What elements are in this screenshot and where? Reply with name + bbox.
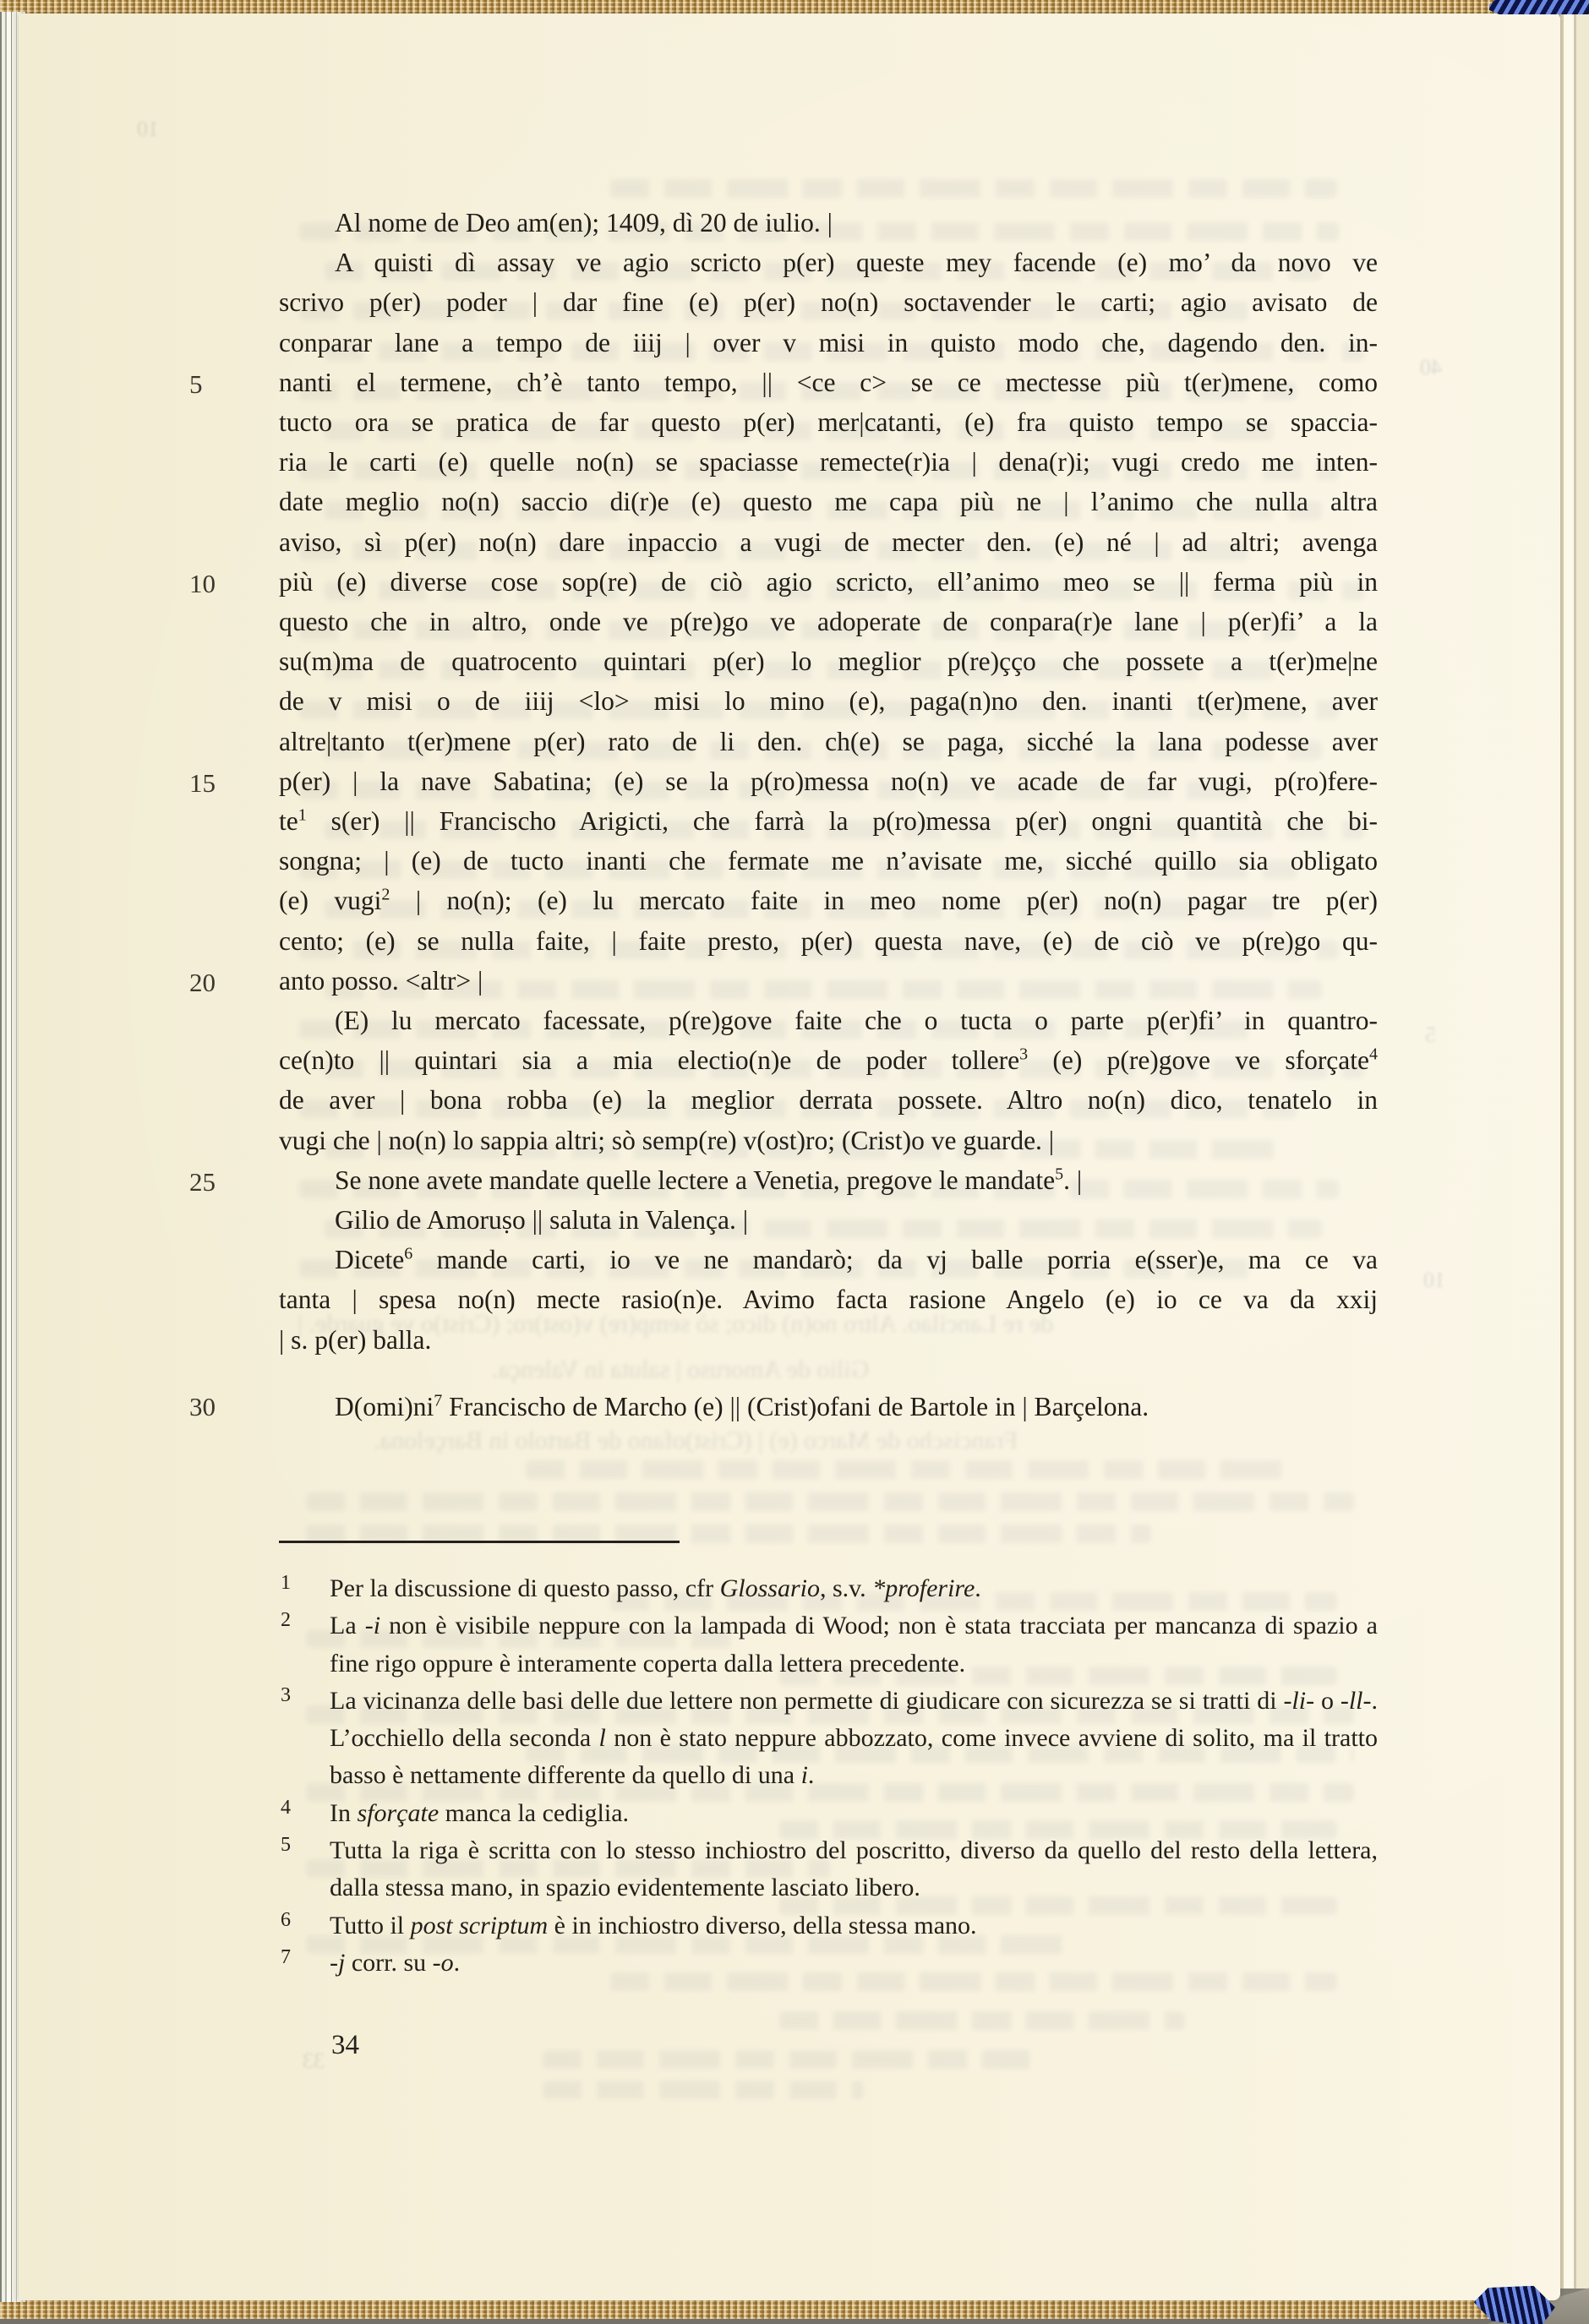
footnote: 4In sforçate manca la cediglia. xyxy=(279,1795,1378,1832)
bleed-through-band xyxy=(306,1492,1354,1511)
footnote: 5Tutta la riga è scritta con lo stesso i… xyxy=(279,1832,1378,1907)
book-photo: { "book": { "page_number": "34" }, "marg… xyxy=(0,0,1589,2324)
bleed-through-band xyxy=(543,2081,864,2099)
footnote-number: 3 xyxy=(281,1677,291,1714)
letter-line: tucto ora se pratica de far questo p(er)… xyxy=(279,402,1378,442)
letter-line: te1 s(er) || Francischo Arigicti, che fa… xyxy=(279,801,1378,841)
margin-line-number: 5 xyxy=(189,364,248,404)
table-edge xyxy=(0,2319,1589,2324)
letter-line: nanti el termene, ch’è tanto tempo, || <… xyxy=(279,363,1378,402)
letter-line: aviso, sì p(er) no(n) dare inpaccio a vu… xyxy=(279,522,1378,562)
letter-line: vugi che | no(n) lo sappia altri; sò sem… xyxy=(279,1121,1378,1160)
footnote: 6Tutto il post scriptum è in inchiostro … xyxy=(279,1907,1378,1945)
margin-line-number: 20 xyxy=(189,963,248,1002)
book-cloth-bottom xyxy=(0,2300,1589,2319)
letter-line: p(er) | la nave Sabatina; (e) se la p(ro… xyxy=(279,761,1378,801)
footnote-number: 1 xyxy=(281,1564,291,1601)
letter-line: de v misi o de iiij <lo> misi lo mino (e… xyxy=(279,681,1378,721)
margin-line-number: 10 xyxy=(189,564,248,603)
letter-line: scrivo p(er) poder | dar fine (e) p(er) … xyxy=(279,282,1378,322)
footnote-number: 6 xyxy=(281,1901,291,1939)
bleed-through-line: Gilio de Amoruso | saluta in Valença. xyxy=(492,1356,869,1384)
bleed-through-line: de re Lancilao. Altro no(n) dico; sò sem… xyxy=(298,1310,1053,1339)
margin-line-number: 25 xyxy=(189,1162,248,1202)
letter-line: Al nome de Deo am(en); 1409, dì 20 de iu… xyxy=(279,203,1378,243)
letter-line: de aver | bona robba (e) la meglior derr… xyxy=(279,1080,1378,1120)
margin-line-number: 30 xyxy=(189,1387,248,1427)
footnote-number: 4 xyxy=(281,1789,291,1826)
page: 51015202530 Al nome de Deo am(en); 1409,… xyxy=(19,14,1560,2300)
letter-line: più (e) diverse cose sop(re) de ciò agio… xyxy=(279,562,1378,602)
letter-line: anto posso. <altr> | xyxy=(279,961,1378,1001)
letter-line: Dicete6 mande carti, io ve ne mandarò; d… xyxy=(279,1240,1378,1279)
letter-line: songna; | (e) de tucto inanti che fermat… xyxy=(279,841,1378,881)
bleed-through-numeral: 33 xyxy=(303,2049,325,2074)
letter-line: altre|tanto t(er)mene p(er) rato de li d… xyxy=(279,722,1378,761)
bleed-through-band xyxy=(779,2011,1185,2030)
letter-line: (e) vugi2 | no(n); (e) lu mercato faite … xyxy=(279,881,1378,920)
bleed-through-numeral: 10 xyxy=(137,117,159,142)
margin-line-number: 15 xyxy=(189,763,248,803)
bleed-through-numeral: 10 xyxy=(1423,1268,1445,1293)
letter-line: (E) lu mercato facessate, p(re)gove fait… xyxy=(279,1001,1378,1040)
letter-text: Al nome de Deo am(en); 1409, dì 20 de iu… xyxy=(279,203,1378,1427)
bleed-through-band xyxy=(526,1460,1286,1479)
next-page-edge xyxy=(1560,10,1589,2289)
letter-line: ria le carti (e) quelle no(n) se spacias… xyxy=(279,442,1378,482)
letter-line: questo che in altro, onde ve p(re)go ve … xyxy=(279,602,1378,641)
footnote: 1Per la discussione di questo passo, cfr… xyxy=(279,1570,1378,1607)
footnote: 7-j corr. su -o. xyxy=(279,1945,1378,1982)
letter-line: conparar lane a tempo de iiij | over v m… xyxy=(279,323,1378,363)
footnote-rule xyxy=(279,1541,680,1543)
bleed-through-band xyxy=(610,179,1337,198)
footnote-number: 5 xyxy=(281,1826,291,1863)
bleed-through-numeral: 40 xyxy=(1420,355,1442,380)
footnote: 3La vicinanza delle basi delle due lette… xyxy=(279,1683,1378,1795)
bleed-through-line: Francischo de Marco (e) | (Crist)ofano d… xyxy=(374,1427,1018,1455)
bleed-through-numeral: 5 xyxy=(1425,1023,1436,1048)
footnotes: 1Per la discussione di questo passo, cfr… xyxy=(279,1570,1378,1982)
bookmark-cord xyxy=(1489,0,1589,14)
letter-line: cento; (e) se nulla faite, | faite prest… xyxy=(279,921,1378,961)
letter-line: A quisti dì assay ve agio scricto p(er) … xyxy=(279,243,1378,282)
letter-line: Gilio de Amoruṣo || saluta in Valença. | xyxy=(279,1200,1378,1240)
footnote-number: 7 xyxy=(281,1939,291,1976)
bleed-through-band xyxy=(543,2050,1033,2069)
letter-line: ce(n)to || quintari sia a mia electio(n)… xyxy=(279,1040,1378,1080)
page-number: 34 xyxy=(331,2030,359,2061)
letter-line: date meglio no(n) saccio di(r)e (e) ques… xyxy=(279,482,1378,521)
footnote: 2La -i non è visibile neppure con la lam… xyxy=(279,1607,1378,1683)
letter-line: Se none avete mandate quelle lectere a V… xyxy=(279,1160,1378,1200)
letter-line: D(omi)ni7 Francischo de Marcho (e) || (C… xyxy=(279,1387,1378,1427)
letter-line: su(m)ma de quatrocento quintari p(er) lo… xyxy=(279,641,1378,681)
footnote-number: 2 xyxy=(281,1601,291,1639)
